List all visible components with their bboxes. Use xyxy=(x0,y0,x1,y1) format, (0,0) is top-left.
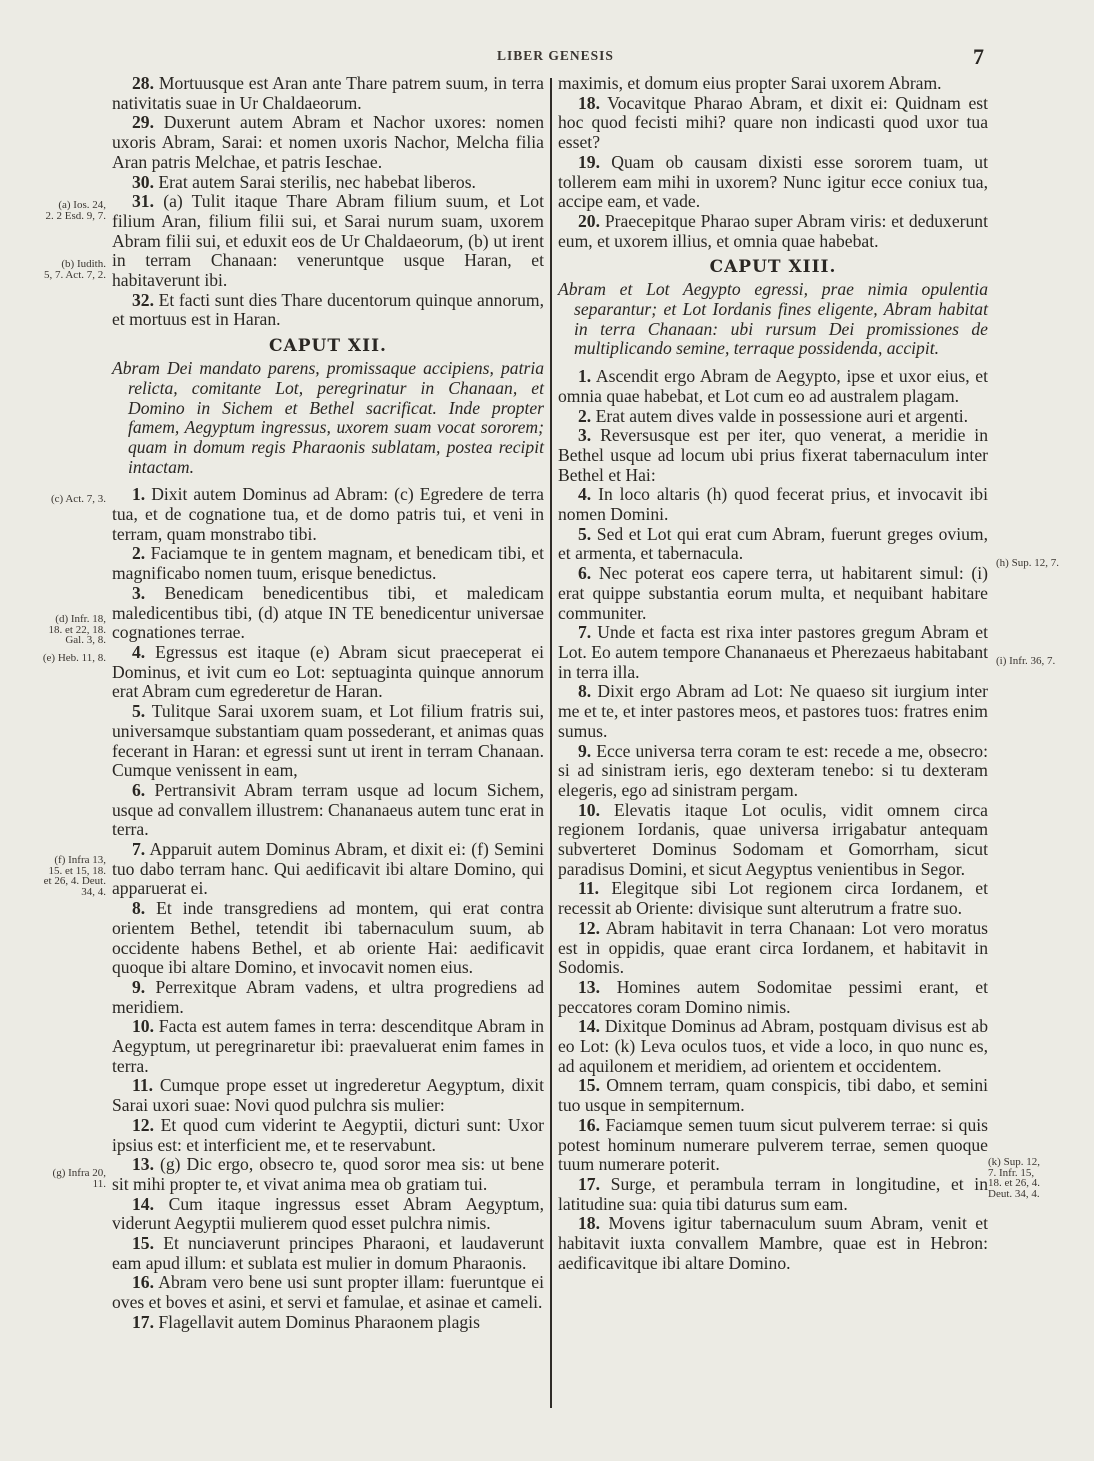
verse-text: Apparuit autem Dominus Abram, et dixit e… xyxy=(112,839,544,898)
chapter-12-heading: CAPUT XII. xyxy=(112,336,544,356)
verse-text: Faciamque semen tuum sicut pulverem terr… xyxy=(558,1115,988,1174)
verse-number: 30. xyxy=(132,172,154,192)
verse-text: Homines autem Sodomitae pessimi erant, e… xyxy=(558,977,988,1017)
page-number: 7 xyxy=(973,44,984,70)
verse-number: 14. xyxy=(132,1194,154,1214)
margin-note-i: (i) Infr. 36, 7. xyxy=(996,656,1091,667)
verse-text: Perrexitque Abram vadens, et ultra progr… xyxy=(112,977,544,1017)
margin-note-c: (c) Act. 7, 3. xyxy=(14,494,106,505)
chapter-12-verses: 1. Dixit autem Dominus ad Abram: (c) Egr… xyxy=(112,485,544,1332)
margin-note-g: (g) Infra 20,11. xyxy=(14,1168,106,1189)
verse-number: 17. xyxy=(132,1312,154,1332)
verse: 11. Elegitque sibi Lot regionem circa Io… xyxy=(558,879,988,918)
verse-number: 29. xyxy=(132,112,154,132)
verse-number: 6. xyxy=(132,780,145,800)
verse-text: Reversusque est per iter, quo venerat, a… xyxy=(558,425,988,484)
verse-text: Et quod cum viderint te Aegyptii, dictur… xyxy=(112,1115,544,1155)
margin-note-line: (b) Iudith. xyxy=(14,259,106,270)
verse: 20. Praecepitque Pharao super Abram viri… xyxy=(558,212,988,251)
verse-number: 16. xyxy=(132,1272,154,1292)
verse-number: 3. xyxy=(132,583,145,603)
verse-text: Omnem terram, quam conspicis, tibi dabo,… xyxy=(558,1075,988,1115)
verse-number: 17. xyxy=(578,1174,600,1194)
right-column: maximis, et domum eius propter Sarai uxo… xyxy=(558,74,988,1273)
running-title: LIBER GENESIS xyxy=(497,48,614,64)
verse: 1. Dixit autem Dominus ad Abram: (c) Egr… xyxy=(112,485,544,544)
column-divider xyxy=(550,78,552,1408)
verse-text: Duxerunt autem Abram et Nachor uxores: n… xyxy=(112,112,544,171)
verse-number: 12. xyxy=(578,918,600,938)
verse-number: 20. xyxy=(578,211,600,231)
verse-number: 3. xyxy=(578,425,591,445)
verse: 32. Et facti sunt dies Thare ducentorum … xyxy=(112,291,544,330)
verse: 4. In loco altaris (h) quod fecerat priu… xyxy=(558,485,988,524)
verse-number: 16. xyxy=(578,1115,600,1135)
verse: 14. Dixitque Dominus ad Abram, postquam … xyxy=(558,1017,988,1076)
verse-text: Erat autem Sarai sterilis, nec habebat l… xyxy=(154,172,476,192)
verse-number: 1. xyxy=(578,366,591,386)
verse-number: 6. xyxy=(578,563,591,583)
verse-text: Facta est autem fames in terra: descendi… xyxy=(112,1016,544,1075)
verse-text: Sed et Lot qui erat cum Abram, fuerunt g… xyxy=(558,524,988,564)
chapter-12-summary: Abram Dei mandato parens, promissaque ac… xyxy=(112,359,544,477)
verse-text: Egressus est itaque (e) Abram sicut prae… xyxy=(112,642,544,701)
verse-text: (a) Tulit itaque Thare Abram filium suum… xyxy=(112,191,544,290)
verse-number: 13. xyxy=(578,977,600,997)
chapter-13-heading: CAPUT XIII. xyxy=(558,257,988,277)
verse-number: 10. xyxy=(578,800,600,820)
verse-number: 12. xyxy=(132,1115,154,1135)
verse: 4. Egressus est itaque (e) Abram sicut p… xyxy=(112,643,544,702)
margin-note-b: (b) Iudith.5, 7. Act. 7, 2. xyxy=(14,259,106,280)
chapter-13-verses: 1. Ascendit ergo Abram de Aegypto, ipse … xyxy=(558,367,988,1273)
verse: 10. Elevatis itaque Lot oculis, vidit om… xyxy=(558,801,988,880)
verse: 5. Sed et Lot qui erat cum Abram, fuerun… xyxy=(558,525,988,564)
verse: 14. Cum itaque ingressus esset Abram Aeg… xyxy=(112,1195,544,1234)
verse: 1. Ascendit ergo Abram de Aegypto, ipse … xyxy=(558,367,988,406)
verse-text: Benedicam benedicentibus tibi, et maledi… xyxy=(112,583,544,642)
verse-text: Elegitque sibi Lot regionem circa Iordan… xyxy=(558,878,988,918)
verse: 13. Homines autem Sodomitae pessimi eran… xyxy=(558,978,988,1017)
verse: 28. Mortuusque est Aran ante Thare patre… xyxy=(112,74,544,113)
margin-note-line: (c) Act. 7, 3. xyxy=(14,494,106,505)
book-page: LIBER GENESIS 7 28. Mortuusque est Aran … xyxy=(0,0,1094,1461)
chapter-11-verses: 28. Mortuusque est Aran ante Thare patre… xyxy=(112,74,544,330)
verse-number: 15. xyxy=(132,1233,154,1253)
verse: 30. Erat autem Sarai sterilis, nec habeb… xyxy=(112,173,544,193)
verse: 13. (g) Dic ergo, obsecro te, quod soror… xyxy=(112,1155,544,1194)
running-head: LIBER GENESIS 7 xyxy=(0,44,1094,68)
verse: 3. Benedicam benedicentibus tibi, et mal… xyxy=(112,584,544,643)
verse-continuation: maximis, et domum eius propter Sarai uxo… xyxy=(558,74,988,94)
margin-note-line: Gal. 3, 8. xyxy=(14,635,106,646)
verse-text: Vocavitque Pharao Abram, et dixit ei: Qu… xyxy=(558,93,988,152)
margin-note-line: (i) Infr. 36, 7. xyxy=(996,656,1091,667)
verse-number: 5. xyxy=(132,701,145,721)
verse-text: Surge, et perambula terram in longitudin… xyxy=(558,1174,988,1214)
margin-note-line: 5, 7. Act. 7, 2. xyxy=(14,270,106,281)
verse: 5. Tulitque Sarai uxorem suam, et Lot fi… xyxy=(112,702,544,781)
chapter-12-verses-cont: 18. Vocavitque Pharao Abram, et dixit ei… xyxy=(558,94,988,252)
verse-number: 9. xyxy=(132,977,145,997)
verse-number: 11. xyxy=(132,1075,153,1095)
verse: 15. Omnem terram, quam conspicis, tibi d… xyxy=(558,1076,988,1115)
margin-note-line: (k) Sup. 12, xyxy=(988,1157,1088,1168)
verse-number: 4. xyxy=(132,642,145,662)
margin-note-line: Deut. 34, 4. xyxy=(988,1189,1088,1200)
margin-note-line: (a) Ios. 24, xyxy=(14,200,106,211)
verse-number: 28. xyxy=(132,73,154,93)
margin-note-e: (e) Heb. 11, 8. xyxy=(14,653,106,664)
verse: 9. Ecce universa terra coram te est: rec… xyxy=(558,742,988,801)
verse-text: Quam ob causam dixisti esse sororem tuam… xyxy=(558,152,988,211)
verse-text: Cumque prope esset ut ingrederetur Aegyp… xyxy=(112,1075,544,1115)
verse-text: Ascendit ergo Abram de Aegypto, ipse et … xyxy=(558,366,988,406)
margin-note-f: (f) Infra 13,15. et 15, 18.et 26, 4. Deu… xyxy=(14,855,106,897)
verse-text: Dixitque Dominus ad Abram, postquam divi… xyxy=(558,1016,988,1075)
verse: 2. Erat autem dives valde in possessione… xyxy=(558,407,988,427)
verse: 12. Abram habitavit in terra Chanaan: Lo… xyxy=(558,919,988,978)
verse-text: Mortuusque est Aran ante Thare patrem su… xyxy=(112,73,544,113)
verse-text: Erat autem dives valde in possessione au… xyxy=(591,406,968,426)
verse-text: Unde et facta est rixa inter pastores gr… xyxy=(558,622,988,681)
verse: 3. Reversusque est per iter, quo venerat… xyxy=(558,426,988,485)
verse: 18. Movens igitur tabernaculum suum Abra… xyxy=(558,1214,988,1273)
verse-number: 14. xyxy=(578,1016,600,1036)
verse: 10. Facta est autem fames in terra: desc… xyxy=(112,1017,544,1076)
verse-text: Et inde transgrediens ad montem, qui era… xyxy=(112,898,544,977)
verse-text: Dixit autem Dominus ad Abram: (c) Egrede… xyxy=(112,484,544,543)
verse-text: Pertransivit Abram terram usque ad locum… xyxy=(112,780,544,839)
verse-number: 19. xyxy=(578,152,600,172)
verse-text: Ecce universa terra coram te est: recede… xyxy=(558,741,988,800)
verse: 7. Unde et facta est rixa inter pastores… xyxy=(558,623,988,682)
verse-text: Praecepitque Pharao super Abram viris: e… xyxy=(558,211,988,251)
verse: 17. Surge, et perambula terram in longit… xyxy=(558,1175,988,1214)
verse: 8. Dixit ergo Abram ad Lot: Ne quaeso si… xyxy=(558,682,988,741)
left-column: 28. Mortuusque est Aran ante Thare patre… xyxy=(112,74,544,1333)
verse: 9. Perrexitque Abram vadens, et ultra pr… xyxy=(112,978,544,1017)
verse-number: 2. xyxy=(132,543,145,563)
verse-number: 10. xyxy=(132,1016,154,1036)
verse-text: Faciamque te in gentem magnam, et benedi… xyxy=(112,543,544,583)
verse-text: (g) Dic ergo, obsecro te, quod soror mea… xyxy=(112,1154,544,1194)
verse: 15. Et nunciaverunt principes Pharaoni, … xyxy=(112,1234,544,1273)
verse-number: 2. xyxy=(578,406,591,426)
verse-text: Abram vero bene usi sunt propter illam: … xyxy=(112,1272,544,1312)
verse: 17. Flagellavit autem Dominus Pharaonem … xyxy=(112,1313,544,1333)
verse: 11. Cumque prope esset ut ingrederetur A… xyxy=(112,1076,544,1115)
verse-number: 18. xyxy=(578,93,600,113)
verse: 6. Pertransivit Abram terram usque ad lo… xyxy=(112,781,544,840)
verse: 19. Quam ob causam dixisti esse sororem … xyxy=(558,153,988,212)
verse-number: 31. xyxy=(132,191,154,211)
verse-text: Tulitque Sarai uxorem suam, et Lot filiu… xyxy=(112,701,544,780)
verse-text: Movens igitur tabernaculum suum Abram, v… xyxy=(558,1213,988,1272)
verse-text: Nec poterat eos capere terra, ut habitar… xyxy=(558,563,988,622)
margin-note-a: (a) Ios. 24,2. 2 Esd. 9, 7. xyxy=(14,200,106,221)
verse-number: 5. xyxy=(578,524,591,544)
verse-text: Et facti sunt dies Thare ducentorum quin… xyxy=(112,290,544,330)
verse-text: Et nunciaverunt principes Pharaoni, et l… xyxy=(112,1233,544,1273)
verse: 16. Abram vero bene usi sunt propter ill… xyxy=(112,1273,544,1312)
verse: 6. Nec poterat eos capere terra, ut habi… xyxy=(558,564,988,623)
verse-number: 18. xyxy=(578,1213,600,1233)
verse-number: 9. xyxy=(578,741,591,761)
chapter-13-summary: Abram et Lot Aegypto egressi, prae nimia… xyxy=(558,280,988,359)
verse-text: In loco altaris (h) quod fecerat prius, … xyxy=(558,484,988,524)
margin-note-line: 11. xyxy=(14,1179,106,1190)
verse-number: 32. xyxy=(132,290,154,310)
verse-number: 8. xyxy=(578,681,591,701)
verse-text: Flagellavit autem Dominus Pharaonem plag… xyxy=(154,1312,480,1332)
verse-number: 7. xyxy=(132,839,145,859)
verse: 29. Duxerunt autem Abram et Nachor uxore… xyxy=(112,113,544,172)
verse: 2. Faciamque te in gentem magnam, et ben… xyxy=(112,544,544,583)
verse: 7. Apparuit autem Dominus Abram, et dixi… xyxy=(112,840,544,899)
verse: 31. (a) Tulit itaque Thare Abram filium … xyxy=(112,192,544,291)
margin-note-d: (d) Infr. 18,18. et 22, 18.Gal. 3, 8. xyxy=(14,614,106,646)
margin-note-line: (d) Infr. 18, xyxy=(14,614,106,625)
margin-note-line: (e) Heb. 11, 8. xyxy=(14,653,106,664)
margin-note-h: (h) Sup. 12, 7. xyxy=(996,558,1091,569)
verse-number: 1. xyxy=(132,484,145,504)
verse-number: 7. xyxy=(578,622,591,642)
verse-number: 4. xyxy=(578,484,591,504)
margin-note-line: (g) Infra 20, xyxy=(14,1168,106,1179)
verse-text: Elevatis itaque Lot oculis, vidit omnem … xyxy=(558,800,988,879)
verse: 12. Et quod cum viderint te Aegyptii, di… xyxy=(112,1116,544,1155)
verse-number: 13. xyxy=(132,1154,154,1174)
verse-text: Dixit ergo Abram ad Lot: Ne quaeso sit i… xyxy=(558,681,988,740)
verse-number: 15. xyxy=(578,1075,600,1095)
verse-number: 11. xyxy=(578,878,599,898)
verse-text: Abram habitavit in terra Chanaan: Lot ve… xyxy=(558,918,988,977)
margin-note-line: (h) Sup. 12, 7. xyxy=(996,558,1091,569)
verse: 8. Et inde transgrediens ad montem, qui … xyxy=(112,899,544,978)
margin-note-line: 2. 2 Esd. 9, 7. xyxy=(14,211,106,222)
verse: 16. Faciamque semen tuum sicut pulverem … xyxy=(558,1116,988,1175)
verse-text: Cum itaque ingressus esset Abram Aegyptu… xyxy=(112,1194,544,1234)
margin-note-line: 34, 4. xyxy=(14,887,106,898)
verse: 18. Vocavitque Pharao Abram, et dixit ei… xyxy=(558,94,988,153)
margin-note-k: (k) Sup. 12,7. Infr. 15,18. et 26, 4.Deu… xyxy=(988,1157,1088,1199)
verse-number: 8. xyxy=(132,898,145,918)
margin-note-line: (f) Infra 13, xyxy=(14,855,106,866)
